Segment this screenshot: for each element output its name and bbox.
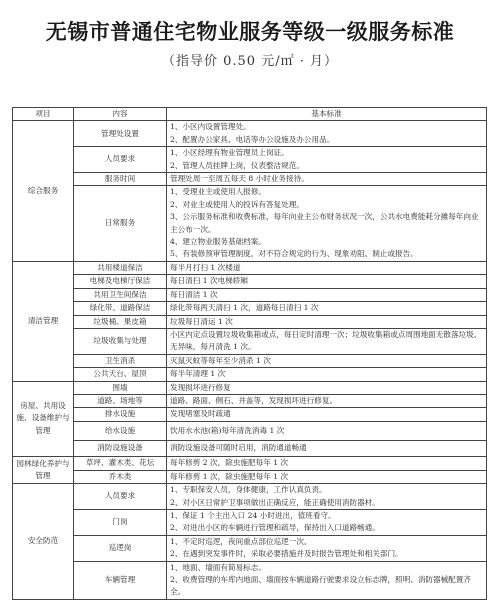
standard-cell: 每半月打扫 1 次楼道 <box>167 261 487 274</box>
standard-cell: 垃圾每日清运 1 次 <box>167 315 487 328</box>
table-row: 消防设施设备消防设施设备可随时启用，消防通道畅通 <box>13 440 487 456</box>
standard-line: 每年修剪 1 次，除虫施肥每年 1 次 <box>170 471 483 483</box>
table-header-row: 项目 内容 基本标准 <box>13 108 487 121</box>
table-row: 公共天台、屋顶每半年清理 1 次 <box>13 368 487 381</box>
content-item-cell: 排水设施 <box>74 408 167 421</box>
content-item-cell: 管理处设置 <box>74 121 167 147</box>
standard-cell: 管理处周一至周五每天 8 小时业务接待。 <box>167 173 487 186</box>
content-item-cell: 公共天台、屋顶 <box>74 368 167 381</box>
standard-line: 2、对进出小区的车辆进行管理和疏导，保持出入口道路畅通。 <box>170 522 483 534</box>
category-cell: 安全防范 <box>13 484 74 600</box>
table-row: 园林绿化养护与管理草坪、灌木类、花坛每年修剪 2 次，除虫施肥每年 1 次 <box>13 456 487 470</box>
service-standard-table: 项目 内容 基本标准 综合服务管理处设置1、小区内设置管理处。2、配置办公家具、… <box>12 107 487 600</box>
standard-cell: 绿化带每两天清扫 1 次，道路每日清扫 1 次 <box>167 302 487 315</box>
standard-cell: 每年修剪 2 次，除虫施肥每年 1 次 <box>167 456 487 470</box>
table-row: 人员要求1、小区经理有物业管理员上岗证。2、管理人员挂牌上岗，仪表整洁规范。 <box>13 147 487 173</box>
standard-line: 1、地面、墙面有简易标志。 <box>170 562 483 574</box>
table-row: 车辆管理1、地面、墙面有简易标志。2、收费管理的车库内地面、墙面按车辆道路行驶要… <box>13 561 487 599</box>
table-row: 电梯及电梯厅保洁每日清扫 1 次电梯轿厢 <box>13 275 487 288</box>
standard-line: 2、管理人员挂牌上岗，仪表整洁规范。 <box>170 160 483 172</box>
standard-cell: 饮用水水池(箱)每年清洗消毒 1 次 <box>167 421 487 440</box>
table-row: 道路、场地等道路、路面、侧石、井盖等，发现损坏进行修复。 <box>13 394 487 407</box>
standard-cell: 1、不定时巡逻，夜间重点部位巡逻一次。2、在遇到突发事件时，采取必要措施并及时报… <box>167 535 487 561</box>
standard-line: 1、小区内设置管理处。 <box>170 121 483 133</box>
standard-line: 1、保证 1 个主出入口 24 小时进出，值班看守。 <box>170 510 483 522</box>
table-row: 综合服务管理处设置1、小区内设置管理处。2、配置办公家具、电话等办公设施及办公用… <box>13 121 487 147</box>
table-row: 共用卫生间保洁每日清洁 1 次 <box>13 288 487 301</box>
standard-line: 2、对业主或使用人的投诉有答复处理。 <box>170 199 483 211</box>
standard-cell: 1、小区经理有物业管理员上岗证。2、管理人员挂牌上岗，仪表整洁规范。 <box>167 147 487 173</box>
table-row: 巡逻岗1、不定时巡逻，夜间重点部位巡逻一次。2、在遇到突发事件时，采取必要措施并… <box>13 535 487 561</box>
standard-cell: 1、受理业主或使用人报修。2、对业主或使用人的投诉有答复处理。3、公示服务标准和… <box>167 186 487 261</box>
document-title: 无锡市普通住宅物业服务等级一级服务标准 <box>0 16 500 46</box>
table-row: 卫生消杀灭鼠灭蚊等每年至少消杀 1 次 <box>13 354 487 367</box>
content-item-cell: 共用卫生间保洁 <box>74 288 167 301</box>
content-item-cell: 卫生消杀 <box>74 354 167 367</box>
standard-line: 1、不定时巡逻，夜间重点部位巡逻一次。 <box>170 536 483 548</box>
table-row: 排水设施发现堵塞及时疏通 <box>13 408 487 421</box>
standard-line: 每半月打扫 1 次楼道 <box>170 262 483 274</box>
content-item-cell: 日常服务 <box>74 186 167 261</box>
standard-line: 发现损坏进行修复 <box>170 382 483 394</box>
category-cell: 清洁管理 <box>13 261 74 381</box>
standard-line: 绿化带每两天清扫 1 次，道路每日清扫 1 次 <box>170 302 483 314</box>
content-item-cell: 共用楼道保洁 <box>74 261 167 274</box>
table-row: 给水设施饮用水水池(箱)每年清洗消毒 1 次 <box>13 421 487 440</box>
standard-line: 每日清扫 1 次电梯轿厢 <box>170 275 483 287</box>
category-cell: 综合服务 <box>13 121 74 261</box>
content-item-cell: 道路、场地等 <box>74 394 167 407</box>
standard-cell: 1、专职保安人员，身体健康，工作认真负责。2、对小区日常护卫事项做出正确反应，能… <box>167 484 487 510</box>
standard-line: 每日清洁 1 次 <box>170 289 483 301</box>
content-item-cell: 电梯及电梯厅保洁 <box>74 275 167 288</box>
standard-cell: 发现损坏进行修复 <box>167 381 487 394</box>
standard-line: 5、有装修预审管理制度，对不符合规定的行为、现象劝阻、制止或报告。 <box>170 248 483 260</box>
table-row: 乔木类每年修剪 1 次，除虫施肥每年 1 次 <box>13 470 487 483</box>
standard-line: 每年修剪 2 次，除虫施肥每年 1 次 <box>170 457 483 469</box>
standard-line: 2、在遇到突发事件时，采取必要措施并及时报告管理处和相关部门。 <box>170 548 483 560</box>
content-item-cell: 车辆管理 <box>74 561 167 599</box>
table-row: 垃圾桶、果皮箱垃圾每日清运 1 次 <box>13 315 487 328</box>
content-item-cell: 围墙 <box>74 381 167 394</box>
standard-line: 2、配置办公家具、电话等办公设施及办公用品。 <box>170 134 483 146</box>
content-item-cell: 人员要求 <box>74 484 167 510</box>
standard-line: 3、公示服务标准和收费标准，每年向业主公布财务状况一次，公共水电费能耗分摊每年向… <box>170 211 483 236</box>
standard-cell: 消防设施设备可随时启用，消防通道畅通 <box>167 440 487 456</box>
header-standard: 基本标准 <box>167 108 487 121</box>
standard-cell: 道路、路面、侧石、井盖等，发现损坏进行修复。 <box>167 394 487 407</box>
standard-line: 道路、路面、侧石、井盖等，发现损坏进行修复。 <box>170 395 483 407</box>
standard-line: 2、对小区日常护卫事项做出正确反应，能正确使用消防器材。 <box>170 497 483 509</box>
category-cell: 房屋、共用设施、设备维护与管理 <box>13 381 74 456</box>
content-item-cell: 绿化带、道路保洁 <box>74 302 167 315</box>
standard-cell: 每半年清理 1 次 <box>167 368 487 381</box>
table-row: 清洁管理共用楼道保洁每半月打扫 1 次楼道 <box>13 261 487 274</box>
content-item-cell: 给水设施 <box>74 421 167 440</box>
content-item-cell: 草坪、灌木类、花坛 <box>74 456 167 470</box>
standard-line: 消防设施设备可随时启用，消防通道畅通 <box>170 442 483 454</box>
table-row: 安全防范人员要求1、专职保安人员，身体健康，工作认真负责。2、对小区日常护卫事项… <box>13 484 487 510</box>
content-item-cell: 巡逻岗 <box>74 535 167 561</box>
standard-cell: 每日清洁 1 次 <box>167 288 487 301</box>
standard-cell: 小区内定点设置垃圾收集箱或点，每日定时清理一次；垃圾收集箱或点周围地面无散落垃圾… <box>167 328 487 354</box>
standard-cell: 发现堵塞及时疏通 <box>167 408 487 421</box>
header-content: 内容 <box>74 108 167 121</box>
table-row: 日常服务1、受理业主或使用人报修。2、对业主或使用人的投诉有答复处理。3、公示服… <box>13 186 487 261</box>
content-item-cell: 服务时间 <box>74 173 167 186</box>
category-cell: 园林绿化养护与管理 <box>13 456 74 483</box>
standard-line: 2、收费管理的车库内地面、墙面按车辆道路行驶要求设立标志牌，照明、消防器械配置齐… <box>170 574 483 599</box>
standard-line: 1、受理业主或使用人报修。 <box>170 186 483 198</box>
standard-cell: 1、地面、墙面有简易标志。2、收费管理的车库内地面、墙面按车辆道路行驶要求设立标… <box>167 561 487 599</box>
standard-cell: 每年修剪 1 次，除虫施肥每年 1 次 <box>167 470 487 483</box>
price-subtitle: （指导价 0.50 元/㎡ · 月） <box>0 50 500 69</box>
table-row: 垃圾收集与处理小区内定点设置垃圾收集箱或点，每日定时清理一次；垃圾收集箱或点周围… <box>13 328 487 354</box>
content-item-cell: 消防设施设备 <box>74 440 167 456</box>
standard-line: 4、建立物业服务基础档案。 <box>170 236 483 248</box>
standard-line: 每半年清理 1 次 <box>170 368 483 380</box>
standard-line: 管理处周一至周五每天 8 小时业务接待。 <box>170 173 483 185</box>
standard-line: 小区内定点设置垃圾收集箱或点，每日定时清理一次；垃圾收集箱或点周围地面无散落垃圾… <box>170 329 483 354</box>
standard-line: 饮用水水池(箱)每年清洗消毒 1 次 <box>170 425 483 437</box>
content-item-cell: 垃圾桶、果皮箱 <box>74 315 167 328</box>
standard-line: 1、专职保安人员，身体健康，工作认真负责。 <box>170 484 483 496</box>
table-row: 房屋、共用设施、设备维护与管理围墙发现损坏进行修复 <box>13 381 487 394</box>
standard-cell: 每日清扫 1 次电梯轿厢 <box>167 275 487 288</box>
standard-cell: 1、保证 1 个主出入口 24 小时进出，值班看守。2、对进出小区的车辆进行管理… <box>167 509 487 535</box>
content-item-cell: 乔木类 <box>74 470 167 483</box>
standard-line: 灭鼠灭蚊等每年至少消杀 1 次 <box>170 355 483 367</box>
standard-cell: 1、小区内设置管理处。2、配置办公家具、电话等办公设施及办公用品。 <box>167 121 487 147</box>
standard-line: 1、小区经理有物业管理员上岗证。 <box>170 147 483 159</box>
content-item-cell: 门岗 <box>74 509 167 535</box>
standard-line: 垃圾每日清运 1 次 <box>170 316 483 328</box>
table-row: 绿化带、道路保洁绿化带每两天清扫 1 次，道路每日清扫 1 次 <box>13 302 487 315</box>
content-item-cell: 垃圾收集与处理 <box>74 328 167 354</box>
header-category: 项目 <box>13 108 74 121</box>
table-row: 门岗1、保证 1 个主出入口 24 小时进出，值班看守。2、对进出小区的车辆进行… <box>13 509 487 535</box>
standard-line: 发现堵塞及时疏通 <box>170 408 483 420</box>
table-row: 服务时间管理处周一至周五每天 8 小时业务接待。 <box>13 173 487 186</box>
content-item-cell: 人员要求 <box>74 147 167 173</box>
standard-cell: 灭鼠灭蚊等每年至少消杀 1 次 <box>167 354 487 367</box>
